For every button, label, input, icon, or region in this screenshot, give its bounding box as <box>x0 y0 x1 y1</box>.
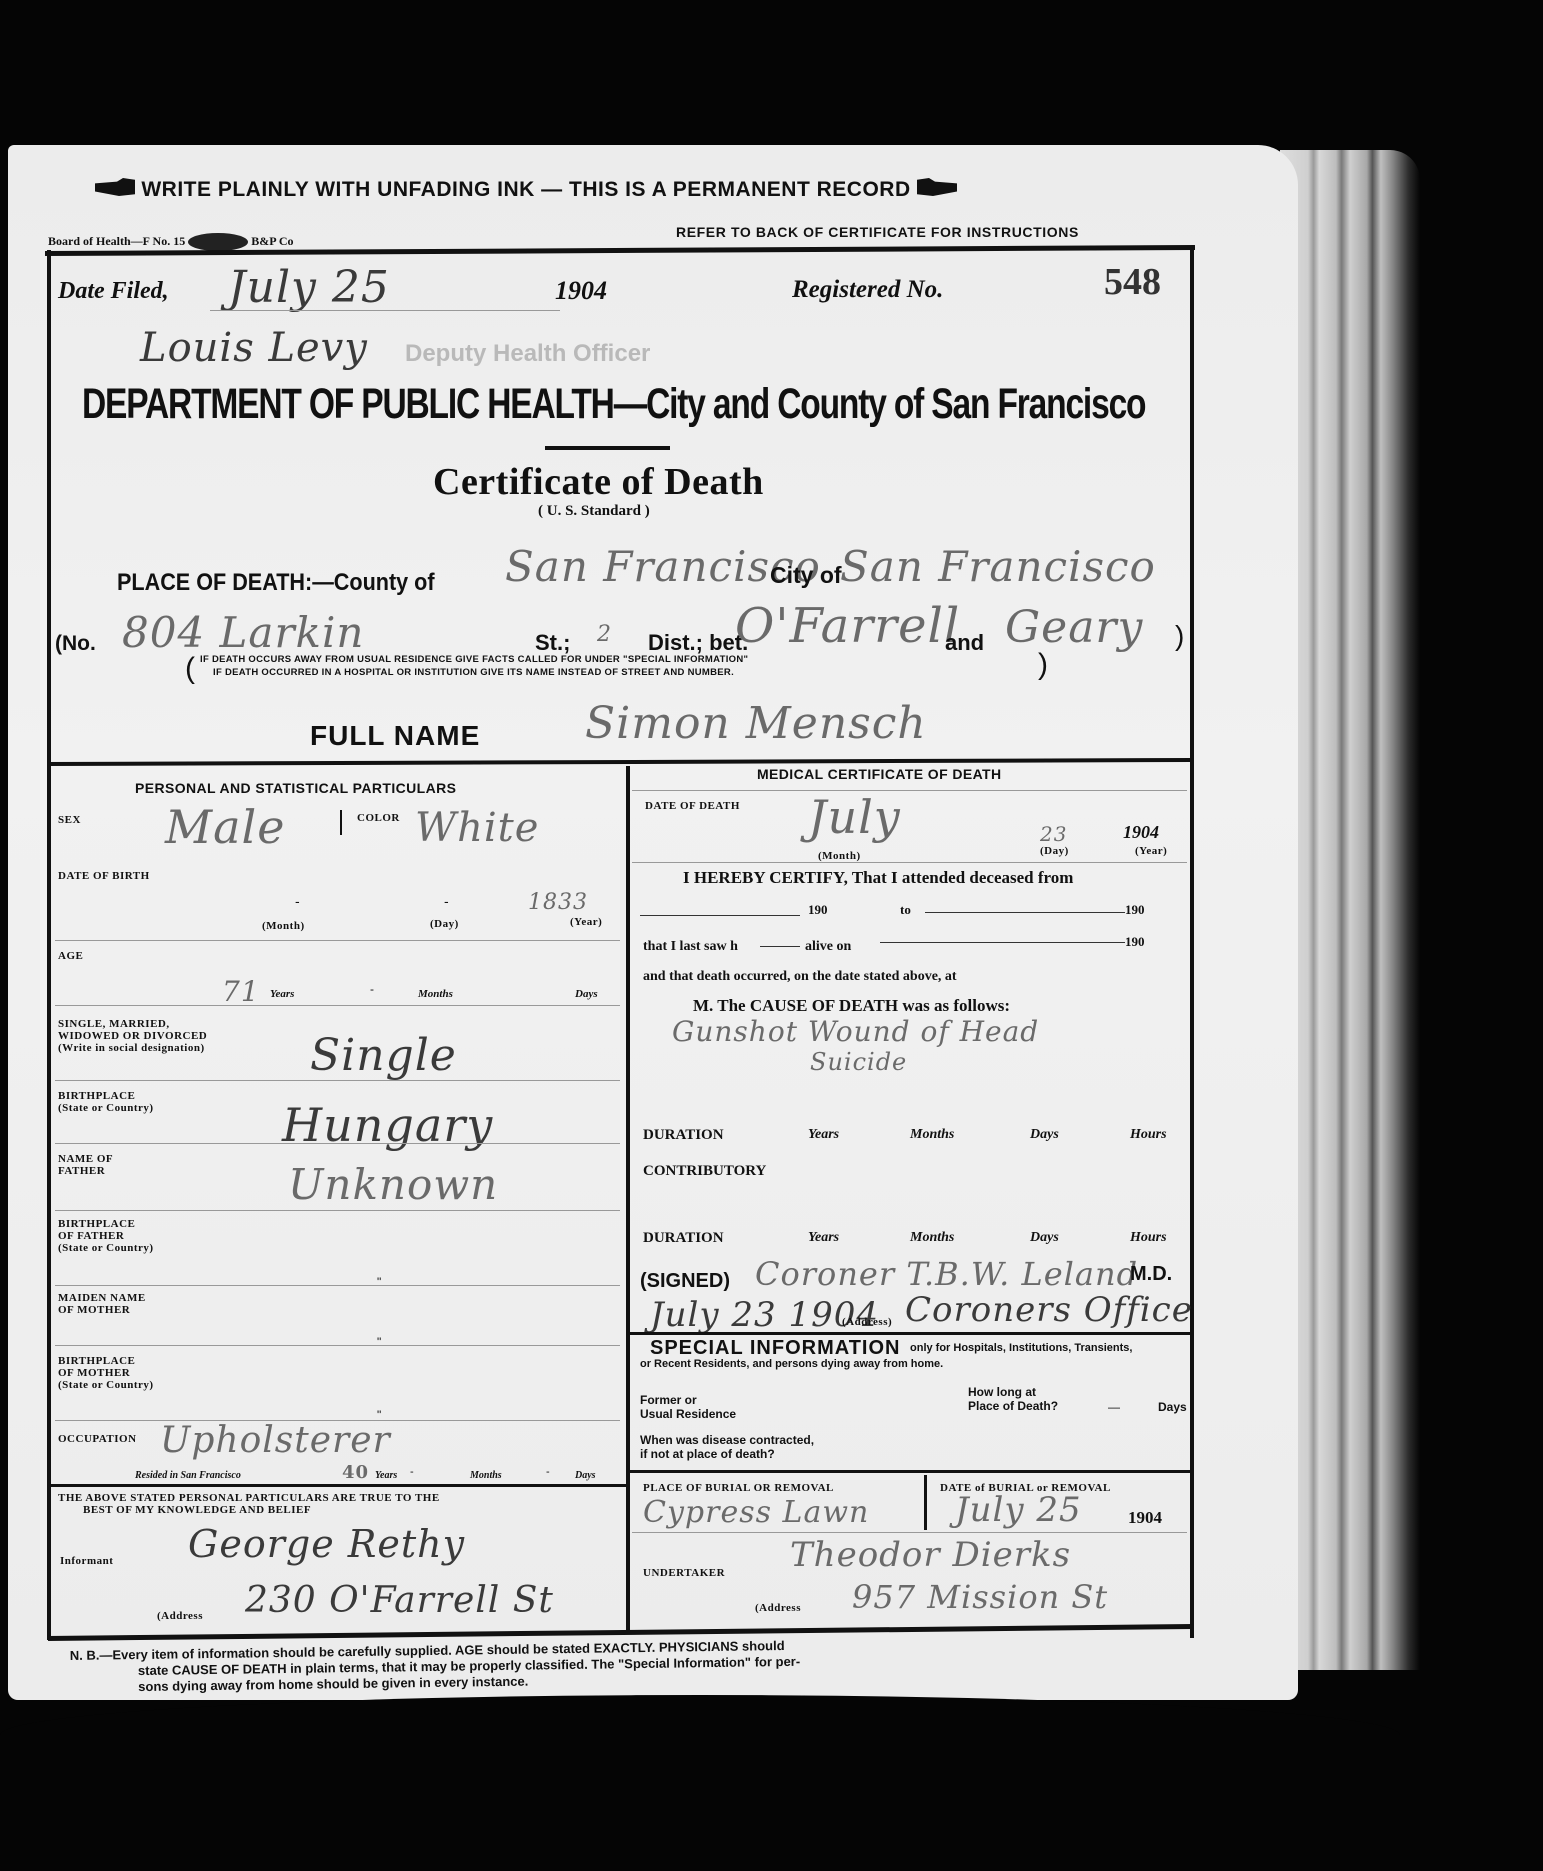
contributory-label: CONTRIBUTORY <box>643 1163 766 1180</box>
st-label: St.; <box>535 630 570 656</box>
burial-year: 1904 <box>1128 1508 1162 1528</box>
medical-address: Coroners Office <box>905 1290 1193 1330</box>
page-shadow <box>0 1695 1400 1765</box>
special-heading: SPECIAL INFORMATION <box>650 1337 900 1360</box>
father-birthplace-label: BIRTHPLACE OF FATHER (State or Country) <box>58 1218 154 1254</box>
mother-label-line: OF MOTHER <box>58 1304 146 1316</box>
informant-statement-line: THE ABOVE STATED PERSONAL PARTICULARS AR… <box>58 1492 440 1504</box>
certify-alive: alive on <box>805 939 851 955</box>
mother-birthplace-label-line: OF MOTHER <box>58 1367 154 1379</box>
mother-birthplace-label: BIRTHPLACE OF MOTHER (State or Country) <box>58 1355 154 1391</box>
undertaker-label: UNDERTAKER <box>643 1567 725 1579</box>
sex-value: Male <box>165 800 285 854</box>
dod-day: 23 <box>1040 822 1067 846</box>
title-rule <box>545 446 670 450</box>
dod-month-label: (Month) <box>818 850 861 862</box>
dist-label: Dist.; bet. <box>648 630 748 656</box>
how-long-label-line: Place of Death? <box>968 1399 1058 1413</box>
department-title: DEPARTMENT OF PUBLIC HEALTH—City and Cou… <box>82 380 1145 429</box>
box-right-border <box>1190 246 1194 1638</box>
note-line-1: IF DEATH OCCURS AWAY FROM USUAL RESIDENC… <box>200 654 748 665</box>
row-divider <box>55 1005 620 1006</box>
pointing-hand-icon <box>917 178 957 196</box>
certify-line-3: and that death occurred, on the date sta… <box>643 969 957 985</box>
father-birthplace-label-line: (State or Country) <box>58 1242 154 1254</box>
dob-label: DATE OF BIRTH <box>58 870 150 882</box>
dod-label: DATE OF DEATH <box>645 800 740 812</box>
form-number: Board of Health—F No. 15 B&P Co <box>48 233 294 251</box>
dob-month: - <box>295 893 300 909</box>
column-divider <box>626 766 630 1634</box>
certify-line-2: that I last saw h <box>643 939 738 955</box>
officer-signature: Louis Levy <box>140 325 368 371</box>
age-months: - <box>370 982 374 996</box>
color-value: White <box>415 805 539 851</box>
duration-years-2: Years <box>808 1230 839 1246</box>
mother-label-line: MAIDEN NAME <box>58 1292 146 1304</box>
father-birthplace-value: " <box>377 1275 381 1289</box>
banner-text: WRITE PLAINLY WITH UNFADING INK — THIS I… <box>141 178 910 201</box>
resided-months: - <box>410 1466 414 1478</box>
note-paren-close: ) <box>1038 648 1048 682</box>
how-long-label: How long at Place of Death? <box>968 1385 1058 1413</box>
father-birthplace-label-line: BIRTHPLACE <box>58 1218 154 1230</box>
dod-day-label: (Day) <box>1040 845 1069 857</box>
footer-note: N. B.—Every item of information should b… <box>70 1638 801 1696</box>
burial-date-value: July 25 <box>955 1490 1082 1530</box>
birthplace-label-line: BIRTHPLACE <box>58 1090 154 1102</box>
duration-years: Years <box>808 1127 839 1143</box>
dob-day-label: (Day) <box>430 918 459 930</box>
resided-years-label: Years <box>375 1470 397 1481</box>
former-residence-label-line: Former or <box>640 1393 736 1407</box>
dod-month: July <box>808 790 901 844</box>
blank-line <box>880 942 1125 943</box>
date-filed-month-day: July 25 <box>228 262 390 313</box>
row-divider <box>55 1345 620 1346</box>
special-sub-1: only for Hospitals, Institutions, Transi… <box>910 1342 1132 1354</box>
father-birthplace-label-line: OF FATHER <box>58 1230 154 1242</box>
duration-months-2: Months <box>910 1230 954 1246</box>
duration-label-2: DURATION <box>643 1230 724 1247</box>
age-years-label: Years <box>270 988 294 1000</box>
full-name-value: Simon Mensch <box>585 698 927 749</box>
certificate-page <box>8 145 1298 1700</box>
resided-days: - <box>546 1466 550 1478</box>
burial-place-label: PLACE OF BURIAL OR REMOVAL <box>643 1482 834 1494</box>
informant-name: George Rethy <box>188 1522 465 1566</box>
father-label-line: NAME OF <box>58 1153 113 1165</box>
row-divider <box>632 790 1187 791</box>
father-label: NAME OF FATHER <box>58 1153 113 1177</box>
date-filed-year: 1904 <box>555 276 607 306</box>
certify-190a: 190 <box>808 902 828 918</box>
occupation-label: OCCUPATION <box>58 1433 137 1445</box>
marital-label-line: WIDOWED OR DIVORCED <box>58 1030 207 1042</box>
marital-label-line: (Write in social designation) <box>58 1042 207 1054</box>
informant-statement-line: BEST OF MY KNOWLEDGE AND BELIEF <box>58 1504 440 1516</box>
row-divider <box>55 1080 620 1081</box>
district-value: 2 <box>597 622 612 647</box>
informant-address-label: (Address <box>157 1610 203 1622</box>
close-paren: ) <box>1175 620 1184 652</box>
burial-place-value: Cypress Lawn <box>643 1495 869 1530</box>
printer-text: B&P Co <box>251 234 293 248</box>
personal-heading: PERSONAL AND STATISTICAL PARTICULARS <box>135 780 456 796</box>
city-label: City of <box>770 562 842 589</box>
certificate-standard: ( U. S. Standard ) <box>538 503 650 520</box>
age-days-label: Days <box>575 988 598 1000</box>
special-divider <box>630 1332 1191 1335</box>
pointing-hand-icon <box>95 178 135 196</box>
certify-190c: 190 <box>1125 934 1145 950</box>
instructions-note: REFER TO BACK OF CERTIFICATE FOR INSTRUC… <box>676 224 1079 240</box>
row-divider <box>632 1532 1187 1533</box>
father-value: Unknown <box>288 1160 498 1209</box>
mother-label: MAIDEN NAME OF MOTHER <box>58 1292 146 1316</box>
between-street-2: Geary <box>1005 602 1143 653</box>
age-label: AGE <box>58 950 83 962</box>
cause-label: M. The CAUSE OF DEATH was as follows: <box>693 996 1010 1016</box>
row-divider <box>55 940 620 941</box>
cause-line-1: Gunshot Wound of Head <box>672 1015 1039 1048</box>
birthplace-label-line: (State or Country) <box>58 1102 154 1114</box>
dob-year: 1833 <box>528 890 588 915</box>
medical-address-label: (Address) <box>842 1316 892 1328</box>
contracted-label-line: When was disease contracted, <box>640 1433 814 1447</box>
marital-label-line: SINGLE, MARRIED, <box>58 1018 207 1030</box>
no-label: (No. <box>55 632 96 656</box>
blank-line <box>760 946 800 947</box>
dob-month-label: (Month) <box>262 920 305 932</box>
box-left-border <box>47 250 51 1640</box>
signed-date: July 23 1904 <box>650 1295 879 1335</box>
how-long-value: — <box>1108 1400 1120 1414</box>
marital-value: Single <box>310 1030 457 1081</box>
informant-address: 230 O'Farrell St <box>245 1580 554 1621</box>
sex-color-divider <box>340 810 342 835</box>
row-divider <box>55 1210 620 1211</box>
father-label-line: FATHER <box>58 1165 113 1177</box>
duration-days: Days <box>1030 1127 1059 1143</box>
resided-months-label: Months <box>470 1470 502 1481</box>
date-filed-underline <box>210 310 560 311</box>
burial-divider <box>630 1470 1191 1473</box>
how-long-label-line: How long at <box>968 1385 1058 1399</box>
informant-statement: THE ABOVE STATED PERSONAL PARTICULARS AR… <box>58 1492 440 1516</box>
officer-title: Deputy Health Officer <box>405 340 650 368</box>
blank-line <box>925 912 1125 913</box>
blank-line <box>640 915 800 916</box>
resided-days-label: Days <box>575 1470 596 1481</box>
special-sub-2: or Recent Residents, and persons dying a… <box>640 1358 943 1370</box>
full-name-label: FULL NAME <box>310 720 480 752</box>
burial-column-divider <box>924 1475 927 1530</box>
informant-divider <box>48 1484 626 1487</box>
dob-year-label: (Year) <box>570 916 602 928</box>
undertaker-address-label: (Address <box>755 1602 801 1614</box>
age-years: 71 <box>222 975 260 1008</box>
former-residence-label-line: Usual Residence <box>640 1407 736 1421</box>
dob-day: - <box>444 893 449 909</box>
occupation-value: Upholsterer <box>160 1420 391 1461</box>
undertaker-value: Theodor Dierks <box>790 1535 1071 1575</box>
sex-label: SEX <box>58 814 81 826</box>
certify-line-1: I HEREBY CERTIFY, That I attended deceas… <box>683 868 1073 888</box>
certify-to: to <box>900 902 911 918</box>
contracted-label: When was disease contracted, if not at p… <box>640 1433 814 1461</box>
undertaker-address: 957 Mission St <box>852 1578 1108 1616</box>
mother-birthplace-label-line: BIRTHPLACE <box>58 1355 154 1367</box>
signed-label: (SIGNED) <box>640 1270 730 1293</box>
dod-year-label: (Year) <box>1135 845 1167 857</box>
color-label: COLOR <box>357 812 400 824</box>
duration-hours-2: Hours <box>1130 1230 1167 1246</box>
registered-no-label: Registered No. <box>792 276 943 304</box>
resided-label: Resided in San Francisco <box>135 1470 241 1481</box>
medical-heading: MEDICAL CERTIFICATE OF DEATH <box>757 766 1002 782</box>
dod-year: 1904 <box>1123 822 1159 843</box>
certify-190b: 190 <box>1125 902 1145 918</box>
duration-months: Months <box>910 1127 954 1143</box>
book-binding-page-edges <box>1280 150 1420 1670</box>
row-divider <box>632 862 1187 863</box>
note-paren-open: ( <box>185 652 195 686</box>
and-label: and <box>945 630 984 656</box>
md-label: M.D. <box>1130 1263 1172 1286</box>
row-divider <box>55 1143 620 1144</box>
signed-value: Coroner T.B.W. Leland <box>755 1255 1138 1293</box>
union-label-seal-icon <box>188 233 248 251</box>
contracted-label-line: if not at place of death? <box>640 1447 814 1461</box>
duration-days-2: Days <box>1030 1230 1059 1246</box>
age-months-label: Months <box>418 988 453 1000</box>
duration-hours: Hours <box>1130 1127 1167 1143</box>
informant-label: Informant <box>60 1555 113 1567</box>
marital-label: SINGLE, MARRIED, WIDOWED OR DIVORCED (Wr… <box>58 1018 207 1054</box>
mother-birthplace-label-line: (State or Country) <box>58 1379 154 1391</box>
banner: WRITE PLAINLY WITH UNFADING INK — THIS I… <box>95 178 957 202</box>
note-line-2: IF DEATH OCCURRED IN A HOSPITAL OR INSTI… <box>213 667 734 678</box>
mother-value: " <box>377 1335 381 1349</box>
cause-line-2: Suicide <box>810 1048 907 1076</box>
city-value: San Francisco <box>840 542 1156 591</box>
birthplace-label: BIRTHPLACE (State or Country) <box>58 1090 154 1114</box>
between-street-1: O'Farrell <box>735 598 960 654</box>
row-divider <box>55 1285 620 1286</box>
registered-no: 548 <box>1104 260 1161 304</box>
place-of-death-label: PLACE OF DEATH:—County of <box>117 569 435 597</box>
resided-years: 40 <box>342 1462 369 1483</box>
how-long-days: Days <box>1158 1400 1187 1414</box>
former-residence-label: Former or Usual Residence <box>640 1393 736 1421</box>
street-number-value: 804 Larkin <box>122 608 364 657</box>
date-filed-label: Date Filed, <box>58 278 169 305</box>
certificate-title: Certificate of Death <box>433 460 764 504</box>
form-number-text: Board of Health—F No. 15 <box>48 234 185 248</box>
duration-label: DURATION <box>643 1127 724 1144</box>
